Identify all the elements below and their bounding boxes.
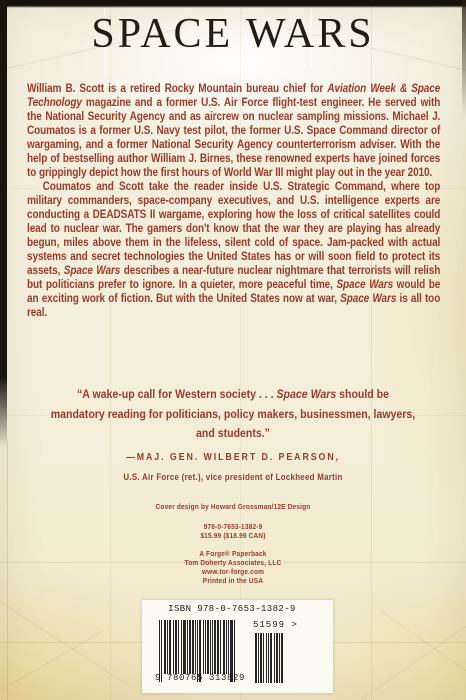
photo-edge-left [0,0,7,448]
price: $15.99 ($18.99 CAN) [59,532,407,541]
review-attribution-detail: U.S. Air Force (ret.), vice president of… [26,472,440,482]
review-quote-block: “A wake-up call for Western society . . … [26,385,440,482]
barcode-addon [255,633,283,683]
synopsis-paragraph-plot: Coumatos and Scott take the reader insid… [27,180,440,320]
barcode-digits: 9 780765 313829 [155,673,255,683]
barcode-isbn-label: ISBN 978-0-7653-1382-9 [162,604,302,614]
cover-design-credit: Cover design by Howard Grossman/12E Desi… [59,503,407,512]
barcode-panel: ISBN 978-0-7653-1382-9 9 780765 313829 5… [142,600,333,693]
review-attribution: —MAJ. GEN. WILBERT D. PEARSON, [26,452,440,463]
book-back-cover-photo: SPACE WARS William B. Scott is a retired… [0,0,466,700]
grid-line [7,440,8,700]
synopsis-paragraph-authors: William B. Scott is a retired Rocky Moun… [27,82,440,180]
imprint-block: Cover design by Howard Grossman/12E Desi… [59,503,407,586]
printed-in: Printed in the USA [59,577,407,586]
book-title: SPACE WARS [0,10,466,58]
review-quote: “A wake-up call for Western society . . … [26,385,440,444]
photo-edge-top [0,0,466,8]
synopsis-text: William B. Scott is a retired Rocky Moun… [27,82,440,320]
barcode-addon-label: 51599 > [253,620,301,630]
